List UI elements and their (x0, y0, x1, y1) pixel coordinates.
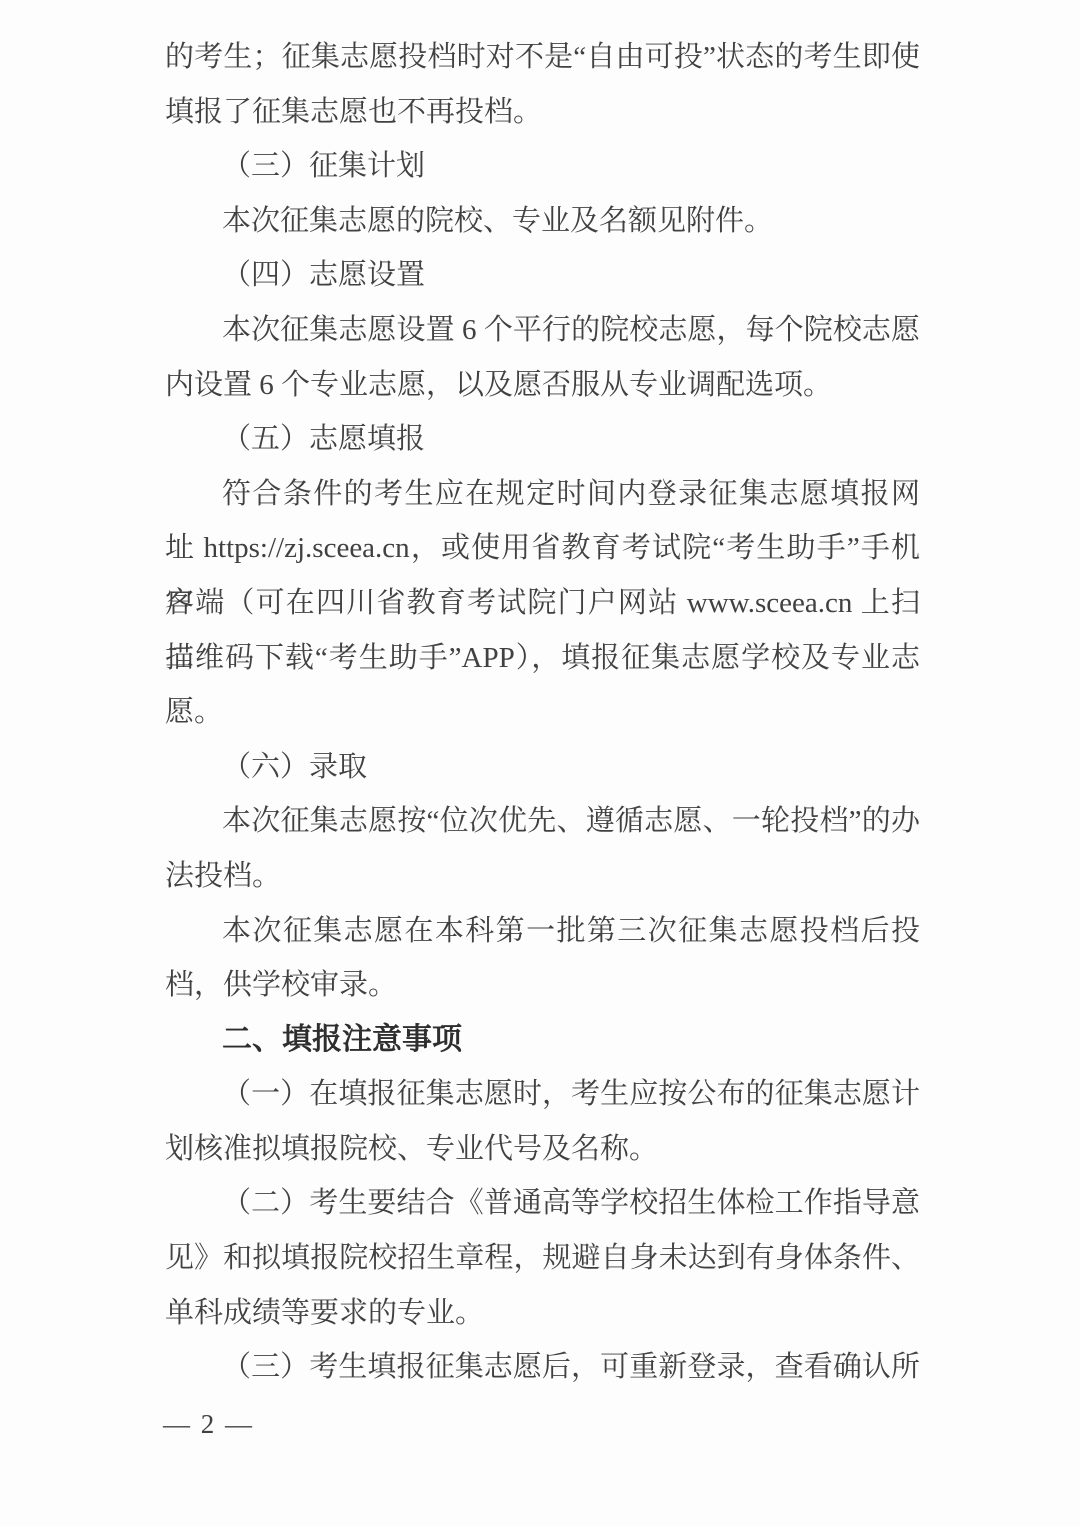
page-number: — 2 — (163, 1402, 254, 1446)
text-line: 二维码下载“考生助手”APP），填报征集志愿学校及专业志 (165, 631, 920, 686)
text-line: 本次征集志愿在本科第一批第三次征集志愿投档后投 (165, 904, 920, 959)
subsection-heading: （六）录取 (165, 740, 920, 795)
text-line-with-url: 址 https://zj.sceea.cn，或使用省教育考试院“考生助手”手机客 (165, 521, 920, 576)
section-heading: 二、填报注意事项 (165, 1013, 920, 1068)
text-line: （三）考生填报征集志愿后，可重新登录，查看确认所 (165, 1340, 920, 1395)
text-line: 内设置 6 个专业志愿，以及愿否服从专业调配选项。 (165, 358, 920, 413)
text-line: 划核准拟填报院校、专业代号及名称。 (165, 1122, 920, 1177)
text-line: （二）考生要结合《普通高等学校招生体检工作指导意 (165, 1176, 920, 1231)
text-line: （一）在填报征集志愿时，考生应按公布的征集志愿计 (165, 1067, 920, 1122)
text-line: 见》和拟填报院校招生章程，规避自身未达到有身体条件、 (165, 1231, 920, 1286)
text-line: 本次征集志愿设置 6 个平行的院校志愿，每个院校志愿 (165, 303, 920, 358)
text-line: 愿。 (165, 685, 920, 740)
text-line: 符合条件的考生应在规定时间内登录征集志愿填报网 (165, 467, 920, 522)
text-line: 填报了征集志愿也不再投档。 (165, 85, 920, 140)
subsection-heading: （四）志愿设置 (165, 248, 920, 303)
text-line: 的考生；征集志愿投档时对不是“自由可投”状态的考生即使 (165, 30, 920, 85)
text-line: 单科成绩等要求的专业。 (165, 1286, 920, 1341)
subsection-heading: （三）征集计划 (165, 139, 920, 194)
subsection-heading: （五）志愿填报 (165, 412, 920, 467)
text-line: 本次征集志愿按“位次优先、遵循志愿、一轮投档”的办 (165, 794, 920, 849)
document-page: 的考生；征集志愿投档时对不是“自由可投”状态的考生即使 填报了征集志愿也不再投档… (0, 0, 1080, 1527)
text-line-with-url: 户端（可在四川省教育考试院门户网站 www.sceea.cn 上扫描 (165, 576, 920, 631)
text-line: 本次征集志愿的院校、专业及名额见附件。 (165, 194, 920, 249)
text-line: 法投档。 (165, 849, 920, 904)
text-line: 档，供学校审录。 (165, 958, 920, 1013)
